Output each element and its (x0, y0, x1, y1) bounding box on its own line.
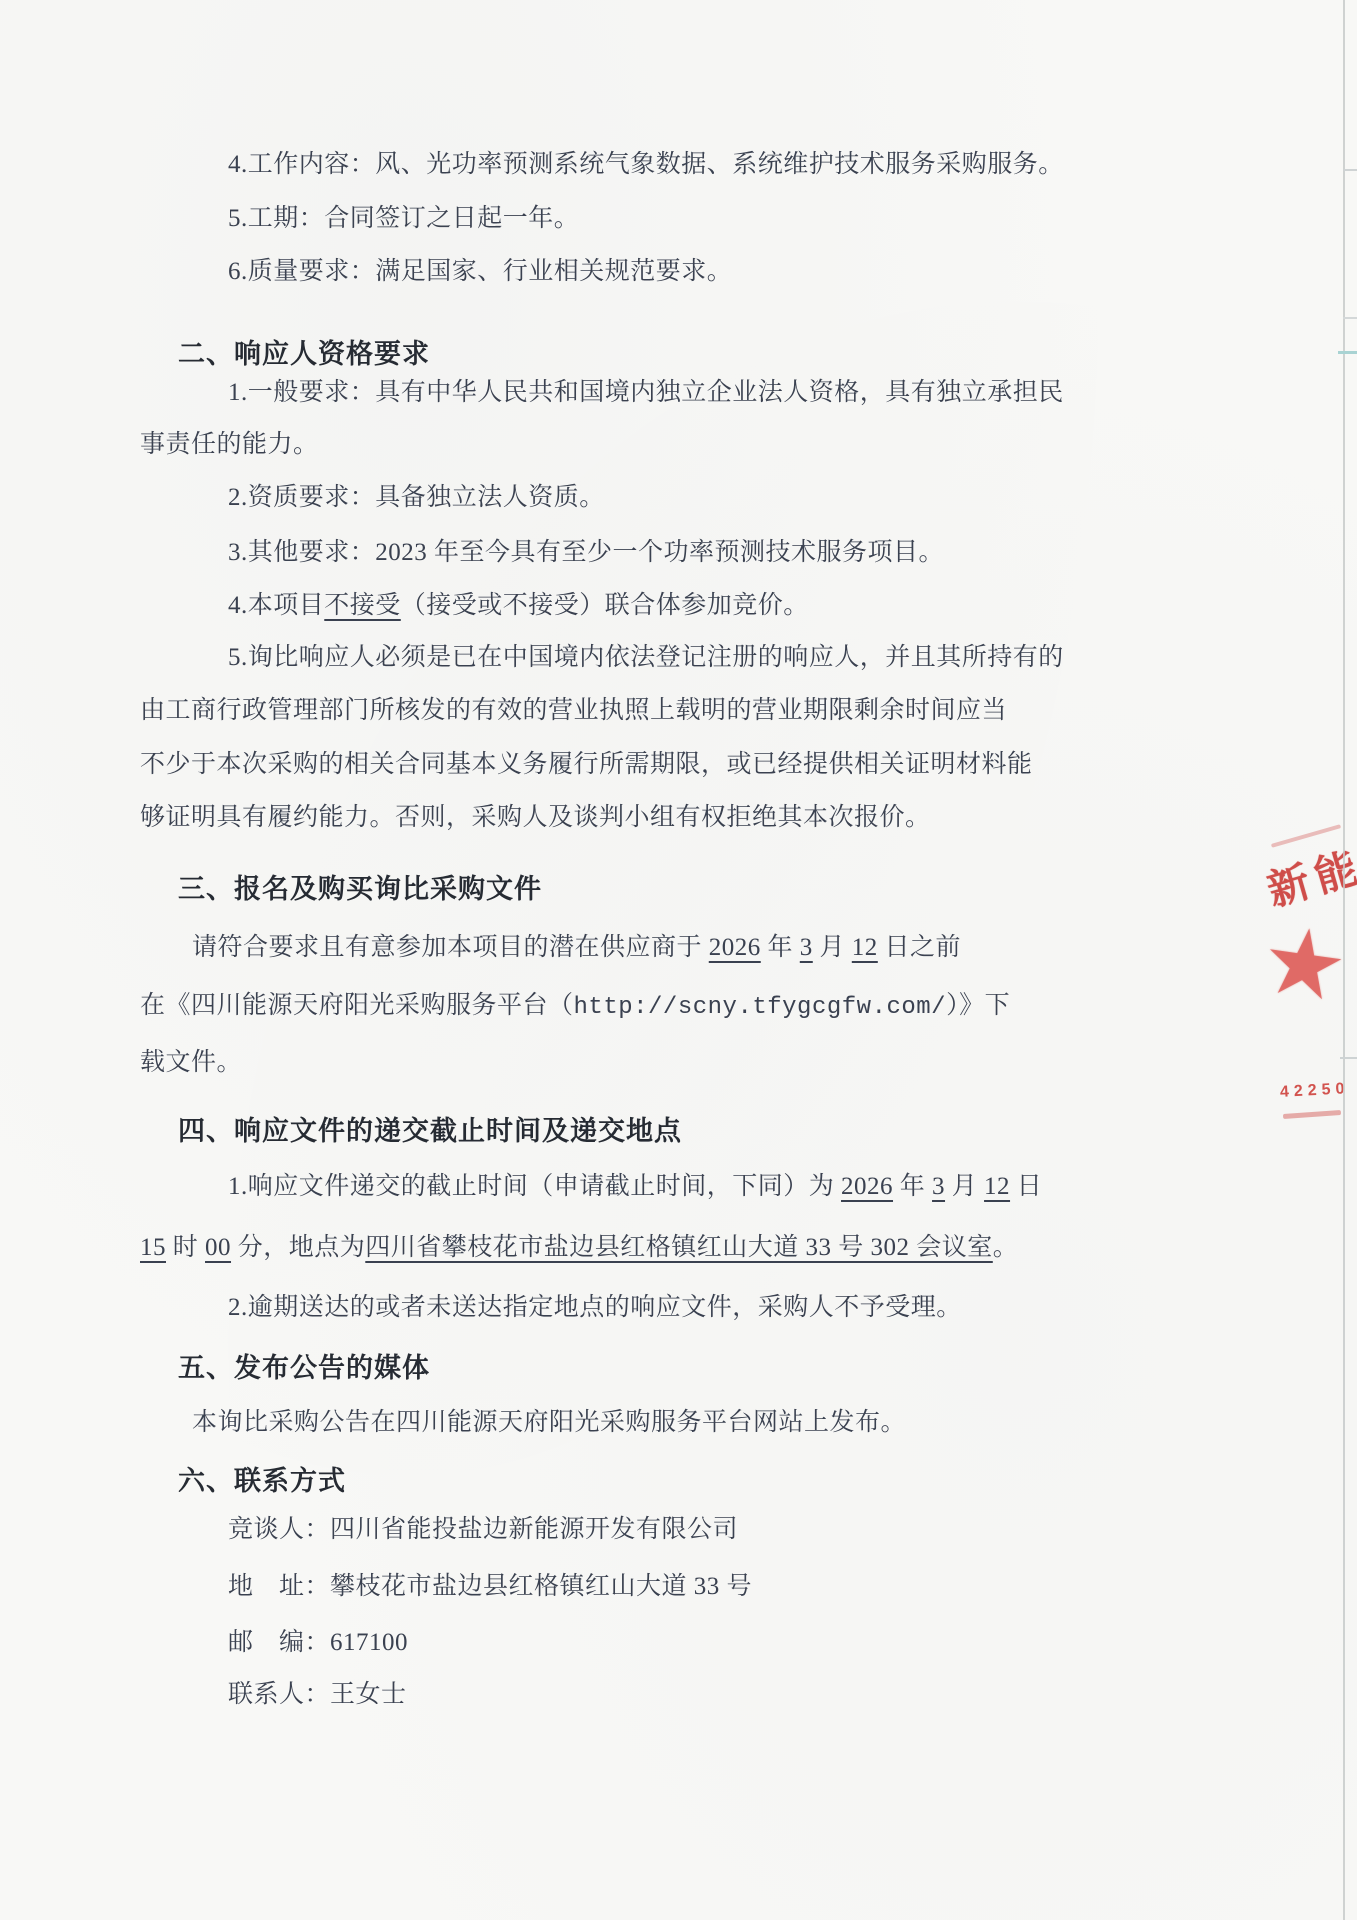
text-segment: （接受或不接受）联合体参加竞价。 (401, 592, 809, 619)
text-segment: 请符合要求且有意参加本项目的潜在供应商于 (192, 934, 709, 961)
text-segment: 5.询比响应人必须是已在中国境内依法登记注册的响应人，并且其所持有的 (228, 644, 1064, 671)
text-segment: 本询比采购公告在四川能源天府阳光采购服务平台网站上发布。 (192, 1409, 906, 1436)
doc-line: 5.工期：合同签订之日起一年。 (228, 201, 1357, 237)
seal-star-icon: ★ (1256, 913, 1353, 1018)
underlined-text: 12 (984, 1173, 1010, 1200)
scan-artifact-tick (1343, 169, 1357, 171)
url-text: http://scny.tfygcgfw.com/ (574, 994, 947, 1021)
text-segment: 时 (166, 1234, 205, 1261)
text-segment: 载文件。 (140, 1049, 242, 1076)
doc-line: 4.工作内容：风、光功率预测系统气象数据、系统维护技术服务采购服务。 (228, 147, 1357, 183)
text-segment: ）》下 (946, 992, 1010, 1019)
text-segment: 2.资质要求：具备独立法人资质。 (228, 484, 605, 511)
text-segment: 由工商行政管理部门所核发的有效的营业执照上载明的营业期限剩余时间应当 (140, 697, 1007, 724)
doc-line: 邮 编：617100 (228, 1625, 1357, 1661)
doc-line: 2.逾期送达的或者未送达指定地点的响应文件，采购人不予受理。 (228, 1290, 1357, 1326)
doc-line: 地 址：攀枝花市盐边县红格镇红山大道 33 号 (228, 1569, 1357, 1605)
text-segment: 4.本项目 (228, 592, 324, 619)
section-heading: 五、发布公告的媒体 (178, 1349, 1357, 1387)
text-segment: 月 (813, 934, 852, 961)
text-segment: 2.逾期送达的或者未送达指定地点的响应文件，采购人不予受理。 (228, 1294, 962, 1321)
section-heading: 二、响应人资格要求 (178, 335, 1357, 373)
doc-line: 载文件。 (140, 1045, 1357, 1081)
text-segment: 分，地点为 (231, 1234, 365, 1261)
underlined-text: 00 (205, 1234, 231, 1261)
section-heading: 六、联系方式 (178, 1462, 1357, 1500)
text-segment: 。 (993, 1234, 1019, 1261)
text-segment: 不少于本次采购的相关合同基本义务履行所需期限，或已经提供相关证明材料能 (140, 751, 1033, 778)
doc-line: 4.本项目不接受（接受或不接受）联合体参加竞价。 (228, 588, 1357, 624)
text-segment: 邮 编：617100 (228, 1629, 408, 1656)
text-segment: 四、响应文件的递交截止时间及递交地点 (178, 1116, 682, 1146)
text-segment: 年 (761, 934, 800, 961)
text-segment: 二、响应人资格要求 (178, 339, 430, 369)
doc-line: 由工商行政管理部门所核发的有效的营业执照上载明的营业期限剩余时间应当 (140, 693, 1357, 729)
text-segment: 三、报名及购买询比采购文件 (178, 874, 542, 904)
text-segment: 年 (893, 1173, 932, 1200)
text-segment: 在《四川能源天府阳光采购服务平台（ (140, 992, 574, 1019)
seal-serial-number: 42250 (1280, 1080, 1350, 1102)
underlined-text: 3 (800, 934, 813, 961)
underlined-text: 2026 (709, 934, 761, 961)
text-segment: 六、联系方式 (178, 1466, 346, 1496)
underlined-text: 15 (140, 1234, 166, 1261)
text-segment: 五、发布公告的媒体 (178, 1353, 430, 1383)
text-segment: 日之前 (878, 934, 961, 961)
text-segment: 联系人：王女士 (228, 1681, 407, 1708)
scanned-document-page: { "document": { "lines": [ {"style":"b",… (0, 0, 1357, 1920)
text-segment: 够证明具有履约能力。否则，采购人及谈判小组有权拒绝其本次报价。 (140, 804, 931, 831)
text-segment: 1.响应文件递交的截止时间（申请截止时间，下同）为 (228, 1173, 841, 1200)
doc-line: 1.一般要求：具有中华人民共和国境内独立企业法人资格，具有独立承担民 (228, 375, 1357, 411)
doc-line: 2.资质要求：具备独立法人资质。 (228, 480, 1357, 516)
doc-line: 本询比采购公告在四川能源天府阳光采购服务平台网站上发布。 (192, 1405, 1357, 1441)
text-segment: 日 (1010, 1173, 1042, 1200)
text-segment: 3.其他要求：2023 年至今具有至少一个功率预测技术服务项目。 (228, 539, 944, 566)
text-segment: 月 (945, 1173, 984, 1200)
text-segment: 地 址：攀枝花市盐边县红格镇红山大道 33 号 (228, 1573, 752, 1600)
text-segment: 4.工作内容：风、光功率预测系统气象数据、系统维护技术服务采购服务。 (228, 151, 1064, 178)
scan-artifact-tick (1338, 351, 1357, 354)
text-segment: 竞谈人：四川省能投盐边新能源开发有限公司 (228, 1516, 738, 1543)
doc-line: 事责任的能力。 (140, 427, 1357, 463)
underlined-text: 不接受 (324, 592, 401, 619)
doc-line: 在《四川能源天府阳光采购服务平台（http://scny.tfygcgfw.co… (140, 988, 1357, 1026)
doc-line: 1.响应文件递交的截止时间（申请截止时间，下同）为 2026 年 3 月 12 … (228, 1169, 1357, 1205)
text-segment: 6.质量要求：满足国家、行业相关规范要求。 (228, 258, 732, 285)
underlined-text: 四川省攀枝花市盐边县红格镇红山大道 33 号 302 会议室 (365, 1234, 993, 1261)
doc-line: 不少于本次采购的相关合同基本义务履行所需期限，或已经提供相关证明材料能 (140, 747, 1357, 783)
text-segment: 5.工期：合同签订之日起一年。 (228, 205, 579, 232)
scan-edge-line (1343, 0, 1345, 1920)
section-heading: 三、报名及购买询比采购文件 (178, 870, 1357, 908)
doc-line: 请符合要求且有意参加本项目的潜在供应商于 2026 年 3 月 12 日之前 (192, 930, 1357, 966)
doc-line: 6.质量要求：满足国家、行业相关规范要求。 (228, 254, 1357, 290)
underlined-text: 12 (852, 934, 878, 961)
underlined-text: 2026 (841, 1173, 893, 1200)
doc-line: 竞谈人：四川省能投盐边新能源开发有限公司 (228, 1512, 1357, 1548)
doc-line: 联系人：王女士 (228, 1677, 1357, 1713)
text-segment: 1.一般要求：具有中华人民共和国境内独立企业法人资格，具有独立承担民 (228, 379, 1064, 406)
scan-artifact-tick (1343, 317, 1357, 319)
doc-line: 15 时 00 分，地点为四川省攀枝花市盐边县红格镇红山大道 33 号 302 … (140, 1230, 1357, 1266)
text-segment: 事责任的能力。 (140, 431, 319, 458)
doc-line: 够证明具有履约能力。否则，采购人及谈判小组有权拒绝其本次报价。 (140, 800, 1357, 836)
scan-artifact-tick (1340, 1057, 1357, 1059)
section-heading: 四、响应文件的递交截止时间及递交地点 (178, 1112, 1357, 1150)
doc-line: 5.询比响应人必须是已在中国境内依法登记注册的响应人，并且其所持有的 (228, 640, 1357, 676)
underlined-text: 3 (932, 1173, 945, 1200)
doc-line: 3.其他要求：2023 年至今具有至少一个功率预测技术服务项目。 (228, 535, 1357, 571)
document-body: 4.工作内容：风、光功率预测系统气象数据、系统维护技术服务采购服务。5.工期：合… (0, 0, 1357, 1713)
page-background: 4.工作内容：风、光功率预测系统气象数据、系统维护技术服务采购服务。5.工期：合… (0, 0, 1357, 1920)
